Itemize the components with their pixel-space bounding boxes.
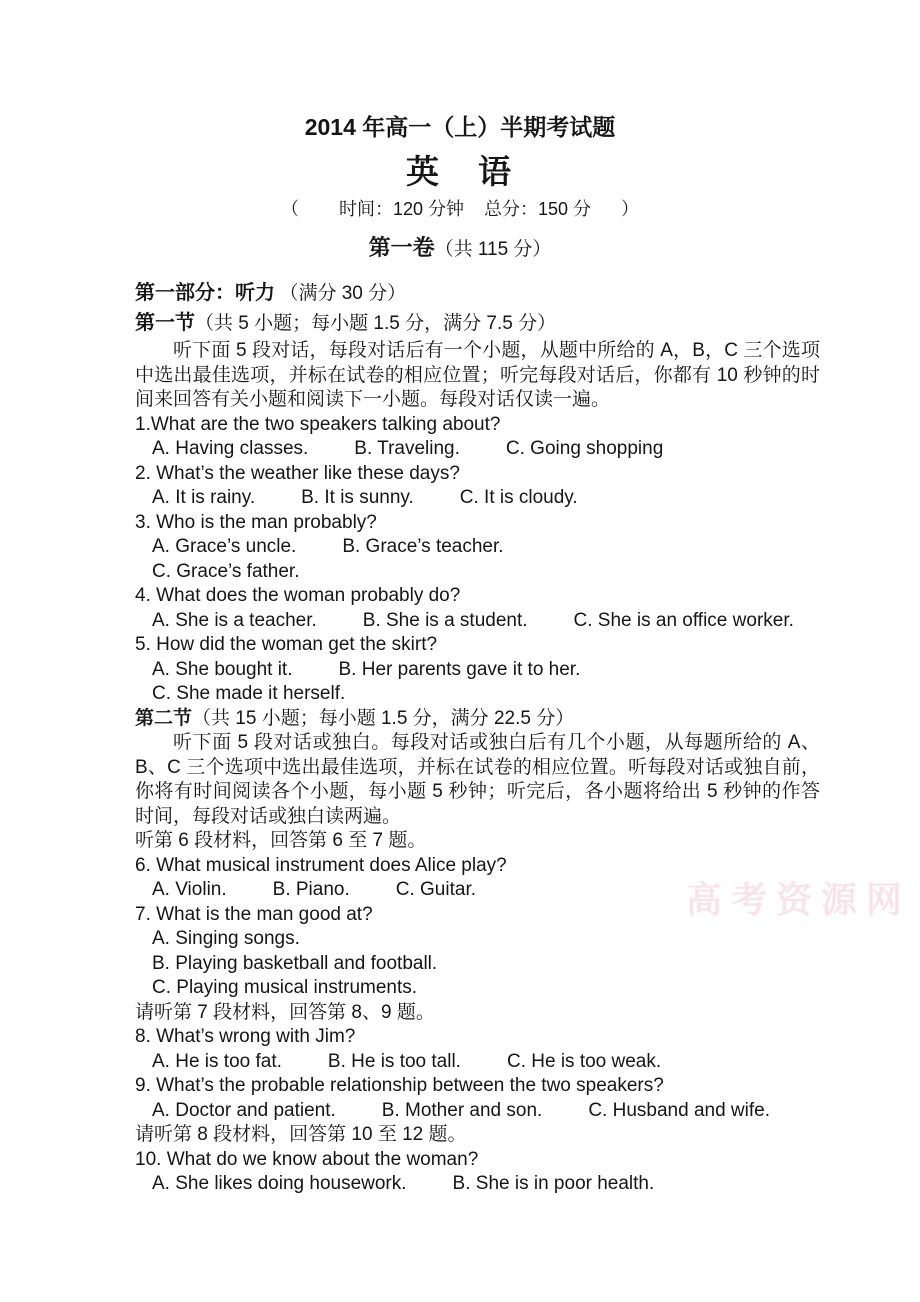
question-3: 3. Who is the man probably? [135,511,820,536]
audio-cue-7: 请听第 7 段材料，回答第 8、9 题。 [135,1001,820,1026]
option-8a: A. He is too fat. [152,1050,282,1075]
option-1b: B. Traveling. [354,437,460,462]
option-9b: B. Mother and son. [382,1099,543,1124]
section2-heading-title: 第二节 [135,708,192,729]
option-9c: C. Husband and wife. [588,1099,770,1124]
option-4a: A. She is a teacher. [152,609,317,634]
option-8c: C. He is too weak. [507,1050,661,1075]
section1-heading: 第一节（共 5 小题；每小题 1.5 分，满分 7.5 分） [135,309,820,339]
question-2: 2. What’s the weather like these days? [135,462,820,487]
option-2c: C. It is cloudy. [460,486,578,511]
option-10a: A. She likes doing housework. [152,1172,407,1197]
part1-heading: 第一部分：听力 （满分 30 分） [135,279,820,309]
question-8-options: A. He is too fat.B. He is too tall.C. He… [135,1050,820,1075]
question-9: 9. What’s the probable relationship betw… [135,1074,820,1099]
option-6c: C. Guitar. [396,878,476,903]
option-7b: B. Playing basketball and football. [152,952,437,977]
question-5-options-c: C. She made it herself. [135,682,820,707]
volume-note: （共 115 分） [435,239,552,260]
question-7-option-c: C. Playing musical instruments. [135,976,820,1001]
question-10-options: A. She likes doing housework.B. She is i… [135,1172,820,1197]
question-8: 8. What’s wrong with Jim? [135,1025,820,1050]
question-4-options: A. She is a teacher.B. She is a student.… [135,609,820,634]
section2-instructions: 听下面 5 段对话或独白。每段对话或独白后有几个小题，从每题所给的 A、B、C … [135,731,820,829]
question-7-option-a: A. Singing songs. [135,927,820,952]
question-3-options-ab: A. Grace’s uncle.B. Grace’s teacher. [135,535,820,560]
option-8b: B. He is too tall. [328,1050,461,1075]
question-2-options: A. It is rainy.B. It is sunny.C. It is c… [135,486,820,511]
option-4c: C. She is an office worker. [574,609,794,634]
option-1a: A. Having classes. [152,437,308,462]
question-6: 6. What musical instrument does Alice pl… [135,854,820,879]
option-1c: C. Going shopping [506,437,663,462]
exam-title: 2014 年高一（上）半期考试题 [0,112,920,142]
question-1-options: A. Having classes.B. Traveling.C. Going … [135,437,820,462]
question-9-options: A. Doctor and patient.B. Mother and son.… [135,1099,820,1124]
option-5a: A. She bought it. [152,658,293,683]
option-3a: A. Grace’s uncle. [152,535,296,560]
question-5: 5. How did the woman get the skirt? [135,633,820,658]
exam-body: 第一部分：听力 （满分 30 分） 第一节（共 5 小题；每小题 1.5 分，满… [0,267,920,1197]
option-3c: C. Grace’s father. [152,560,300,585]
question-7: 7. What is the man good at? [135,903,820,928]
question-4: 4. What does the woman probably do? [135,584,820,609]
option-5b: B. Her parents gave it to her. [339,658,581,683]
exam-paper-page: 2014 年高一（上）半期考试题 英 语 （ 时间：120 分钟 总分：150 … [0,0,920,1302]
section1-heading-title: 第一节 [135,312,195,334]
option-4b: B. She is a student. [363,609,528,634]
volume-heading: 第一卷（共 115 分） [0,232,920,267]
question-1: 1.What are the two speakers talking abou… [135,413,820,438]
option-6b: B. Piano. [273,878,350,903]
option-7c: C. Playing musical instruments. [152,976,417,1001]
option-3b: B. Grace’s teacher. [342,535,503,560]
question-3-options-c: C. Grace’s father. [135,560,820,585]
option-10b: B. She is in poor health. [453,1172,655,1197]
option-7a: A. Singing songs. [152,927,300,952]
section2-heading-note: （共 15 小题；每小题 1.5 分，满分 22.5 分） [192,708,574,729]
question-7-option-b: B. Playing basketball and football. [135,952,820,977]
audio-cue-8: 请听第 8 段材料，回答第 10 至 12 题。 [135,1123,820,1148]
question-6-options: A. Violin.B. Piano.C. Guitar. [135,878,820,903]
option-2a: A. It is rainy. [152,486,255,511]
section1-instructions: 听下面 5 段对话，每段对话后有一个小题，从题中所给的 A，B，C 三个选项中选… [135,339,820,413]
part1-heading-note: （满分 30 分） [279,283,406,304]
question-5-options-ab: A. She bought it.B. Her parents gave it … [135,658,820,683]
exam-header: 2014 年高一（上）半期考试题 英 语 （ 时间：120 分钟 总分：150 … [0,0,920,267]
option-6a: A. Violin. [152,878,227,903]
section1-heading-note: （共 5 小题；每小题 1.5 分，满分 7.5 分） [195,313,556,334]
option-2b: B. It is sunny. [301,486,414,511]
section2-heading: 第二节（共 15 小题；每小题 1.5 分，满分 22.5 分） [135,707,820,732]
subject-title: 英 语 [0,150,920,194]
option-5c: C. She made it herself. [152,682,345,707]
option-9a: A. Doctor and patient. [152,1099,336,1124]
volume-title: 第一卷 [369,235,435,260]
question-10: 10. What do we know about the woman? [135,1148,820,1173]
part1-heading-title: 第一部分：听力 [135,282,275,304]
audio-cue-6: 听第 6 段材料，回答第 6 至 7 题。 [135,829,820,854]
time-score-line: （ 时间：120 分钟 总分：150 分 ） [0,196,920,222]
